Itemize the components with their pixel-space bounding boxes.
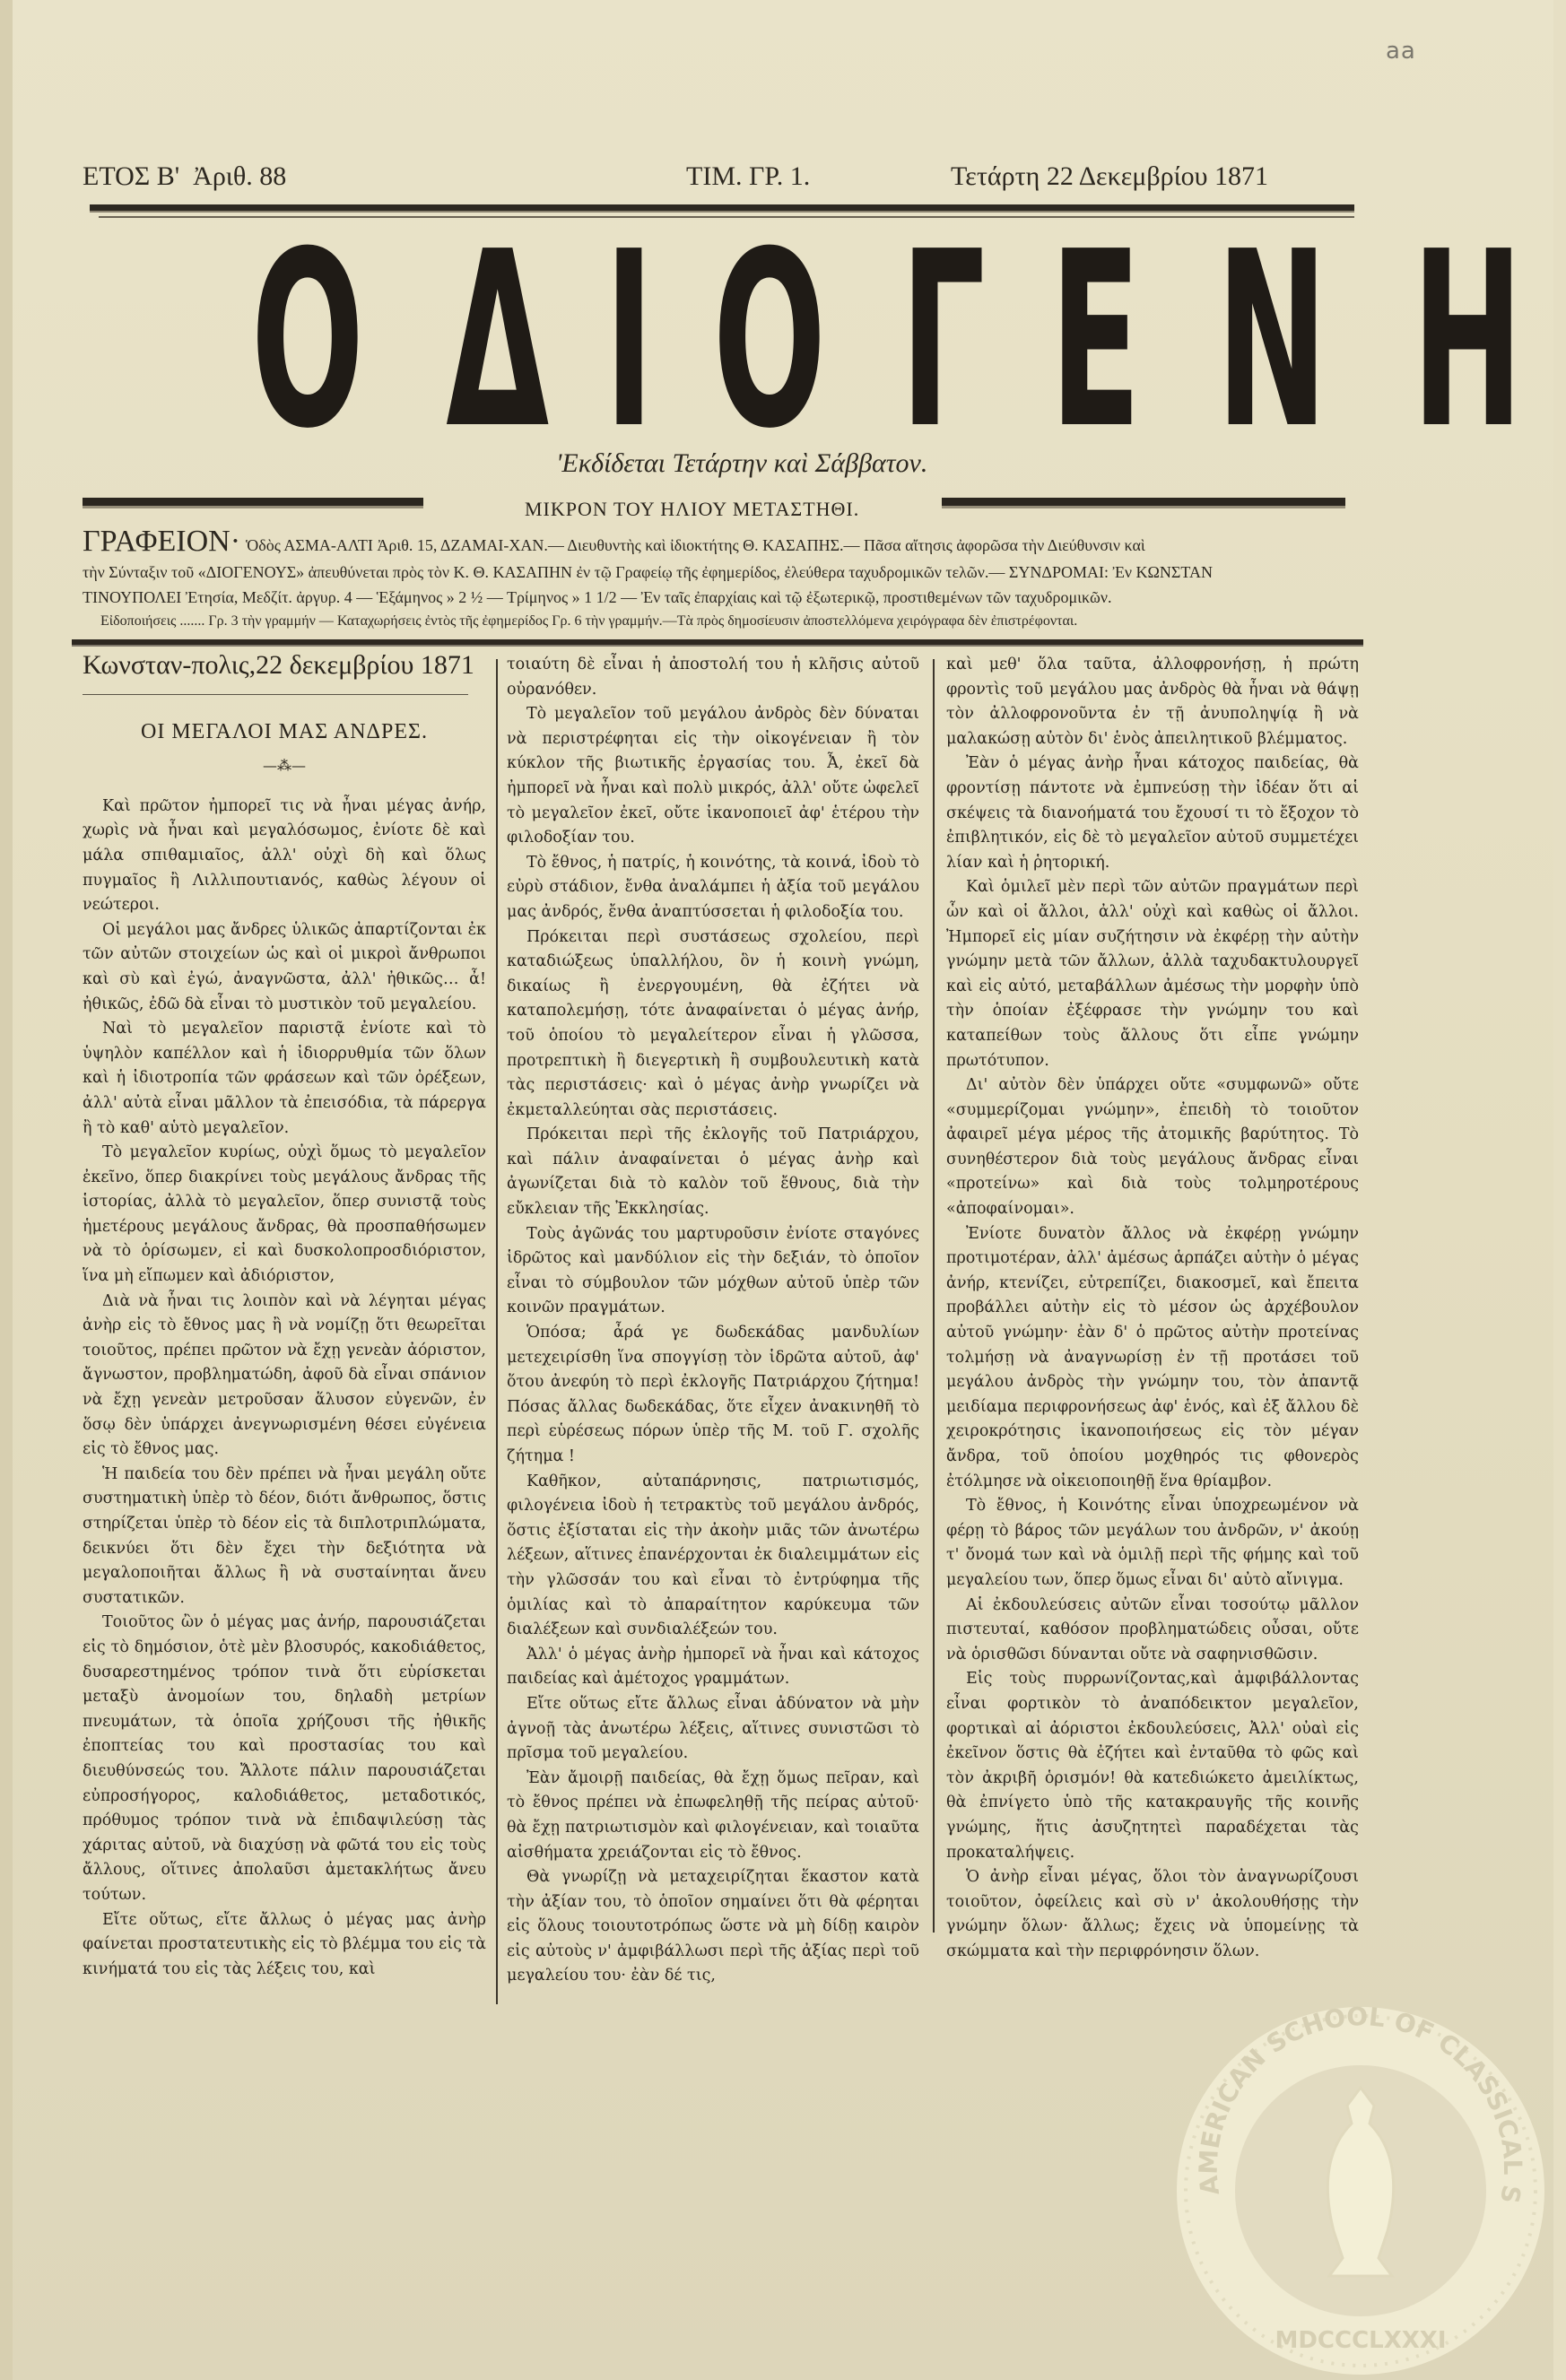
paragraph: Πρόκειται περὶ τῆς ἐκλογῆς τοῦ Πατριάρχο… xyxy=(507,1123,919,1221)
masthead-letter: Ι xyxy=(604,238,649,444)
paragraph: Δι' αὐτὸν δὲν ὑπάρχει οὔτε «συμφωνῶ» οὔτ… xyxy=(946,1073,1359,1222)
pencil-annotation: aa xyxy=(1386,38,1416,65)
paragraph: Ἐὰν ἄμοιρῇ παιδείας, θὰ ἔχῃ ὅμως πεῖραν,… xyxy=(507,1767,919,1865)
paragraph: Εἰς τοὺς πυρρωνίζοντας,καὶ ἀμφιβάλλοντας… xyxy=(946,1667,1359,1865)
article-column-2: τοιαύτη δὲ εἶναι ἡ ἀποστολή του ἡ κλῆσις… xyxy=(507,653,919,1989)
article-column-3: καὶ μεθ' ὅλα ταῦτα, ἀλλοφρονήσῃ, ἡ πρώτη… xyxy=(946,653,1359,1964)
paragraph: Θὰ γνωρίζῃ νὰ μεταχειρίζηται ἕκαστον κατ… xyxy=(507,1865,919,1989)
year-label: ΕΤΟΣ Β' xyxy=(83,161,179,191)
library-seal-icon: AMERICAN SCHOOL OF CLASSICAL STUDIES AT … xyxy=(1168,1998,1553,2375)
paragraph: Ἐὰν ὁ μέγας ἀνὴρ ἦναι κάτοχος παιδείας, … xyxy=(946,751,1359,875)
paragraph: Ὁ ἀνὴρ εἶναι μέγας, ὅλοι τὸν ἀναγνωρίζου… xyxy=(946,1865,1359,1964)
motto-rule-left xyxy=(83,498,423,508)
masthead-letter: Ν xyxy=(1216,238,1324,444)
paragraph: Εἴτε οὕτως, εἴτε ἄλλως ὁ μέγας μας ἀνὴρ … xyxy=(83,1908,486,1983)
office-line-3: ΤΙΝΟΥΠΟΛΕΙ Ἐτησία, Μεδζίτ. ἀργυρ. 4 — Ἑξ… xyxy=(83,585,1356,610)
office-info: ΓΡΑΦΕΙΟΝ·Ὁδὸς ΑΣΜΑ-ΑΛΤΙ Ἀριθ. 15, ΔΖΑΜΑΙ… xyxy=(83,527,1356,633)
paragraph: Ὁπόσα; ἆρά γε δωδεκάδας μανδυλίων μετεχε… xyxy=(507,1321,919,1470)
paragraph: Εἴτε οὕτως εἴτε ἄλλως εἶναι ἀδύνατον νὰ … xyxy=(507,1692,919,1767)
paragraph: Διὰ νὰ ἦναι τις λοιπὸν καὶ νὰ λέγηται μέ… xyxy=(83,1290,486,1463)
masthead-title: Ο Δ Ι Ο Γ Ε Ν Η Σ xyxy=(206,220,1327,444)
paragraph: Ναὶ τὸ μεγαλεῖον παριστᾷ ἐνίοτε καὶ τὸ ὑ… xyxy=(83,1017,486,1141)
paragraph: Πρόκειται περὶ συστάσεως σχολείου, περὶ … xyxy=(507,925,919,1124)
paragraph: Τοὺς ἀγῶνάς του μαρτυροῦσιν ἐνίοτε σταγό… xyxy=(507,1222,919,1321)
dateline: Κωνσταν-πολις,22 δεκεμβρίου 1871 xyxy=(83,653,486,678)
publication-schedule: 'Εκδίδεται Τετάρτην καὶ Σάββατον. xyxy=(556,448,927,479)
divider xyxy=(83,694,468,695)
price-label: ΤΙΜ. ΓΡ. 1. xyxy=(686,161,810,192)
issue-number: Ἀριθ. 88 xyxy=(193,161,286,191)
motto-rule-right xyxy=(942,498,1345,508)
paragraph: Τὸ ἔθνος, ἡ Κοινότης εἶναι ὑποχρεωμένον … xyxy=(946,1494,1359,1593)
office-line-4: Εἰδοποιήσεις ....... Γρ. 3 τὴν γραμμήν —… xyxy=(83,610,1356,633)
paragraph: Καθῆκον, αὐταπάρνησις, πατριωτισμός, φιλ… xyxy=(507,1470,919,1643)
paragraph: Ἡ παιδεία του δὲν πρέπει νὰ ἦναι μεγάλη … xyxy=(83,1463,486,1611)
seal-year: MDCCCLXXXI xyxy=(1275,2327,1446,2354)
office-line-2: τὴν Σύνταξιν τοῦ «ΔΙΟΓΕΝΟΥΣ» ἀπευθύνεται… xyxy=(83,560,1356,585)
article-column-1: Κωνσταν-πολις,22 δεκεμβρίου 1871 ΟΙ ΜΕΓΑ… xyxy=(83,653,486,1982)
paragraph: Τοιοῦτος ὢν ὁ μέγας μας ἀνήρ, παρουσιάζε… xyxy=(83,1611,486,1907)
paragraph: Τὸ μεγαλεῖον κυρίως, οὐχὶ ὅμως τὸ μεγαλε… xyxy=(83,1141,486,1290)
masthead-letter: Ε xyxy=(1049,238,1136,444)
masthead-letter: Γ xyxy=(900,238,980,444)
masthead-letter: Ο xyxy=(251,238,361,444)
paragraph: Καὶ πρῶτον ἠμπορεῖ τις νὰ ἦναι μέγας ἀνή… xyxy=(83,795,486,918)
masthead-letter: Η xyxy=(1412,238,1519,444)
masthead-letter: Δ xyxy=(446,238,545,444)
column-divider xyxy=(933,659,935,1933)
masthead-letter: Ο xyxy=(713,238,822,444)
paragraph: Οἱ μεγάλοι μας ἄνδρες ὑλικῶς ἀπαρτίζοντα… xyxy=(83,918,486,1017)
paragraph: Τὸ ἔθνος, ἡ πατρίς, ἡ κοινότης, τὰ κοινά… xyxy=(507,851,919,925)
issue-date: Τετάρτη 22 Δεκεμβρίου 1871 xyxy=(951,161,1268,192)
article-title: ΟΙ ΜΕΓΑΛΟΙ ΜΑΣ ΑΝΔΡΕΣ. xyxy=(83,720,486,745)
column-divider xyxy=(496,659,498,2004)
paragraph: Ἐνίοτε δυνατὸν ἄλλος νὰ ἐκφέρῃ γνώμην πρ… xyxy=(946,1222,1359,1495)
paragraph: Ἀλλ' ὁ μέγας ἀνὴρ ἠμπορεῖ νὰ ἦναι καὶ κά… xyxy=(507,1643,919,1692)
office-label: ΓΡΑΦΕΙΟΝ· xyxy=(83,525,240,558)
columns-rule xyxy=(72,639,1363,647)
paragraph: τοιαύτη δὲ εἶναι ἡ ἀποστολή του ἡ κλῆσις… xyxy=(507,653,919,702)
paragraph: Καὶ ὁμιλεῖ μὲν περὶ τῶν αὐτῶν πραγμάτων … xyxy=(946,875,1359,1073)
page-edge xyxy=(0,0,13,2380)
paragraph: Αἱ ἐκδουλεύσεις αὐτῶν εἶναι τοσούτῳ μᾶλλ… xyxy=(946,1594,1359,1668)
issue-info: ΕΤΟΣ Β' Ἀριθ. 88 xyxy=(83,161,286,192)
paragraph: καὶ μεθ' ὅλα ταῦτα, ἀλλοφρονήσῃ, ἡ πρώτη… xyxy=(946,653,1359,751)
ornament: —⁂— xyxy=(83,753,486,778)
office-line-1: Ὁδὸς ΑΣΜΑ-ΑΛΤΙ Ἀριθ. 15, ΔΖΑΜΑΙ-ΧΑΝ.— Δι… xyxy=(246,536,1145,554)
motto: ΜΙΚΡΟΝ ΤΟΥ ΗΛΙΟΥ ΜΕΤΑΣΤΗΘΙ. xyxy=(525,498,859,521)
paragraph: Τὸ μεγαλεῖον τοῦ μεγάλου ἀνδρὸς δὲν δύνα… xyxy=(507,702,919,851)
